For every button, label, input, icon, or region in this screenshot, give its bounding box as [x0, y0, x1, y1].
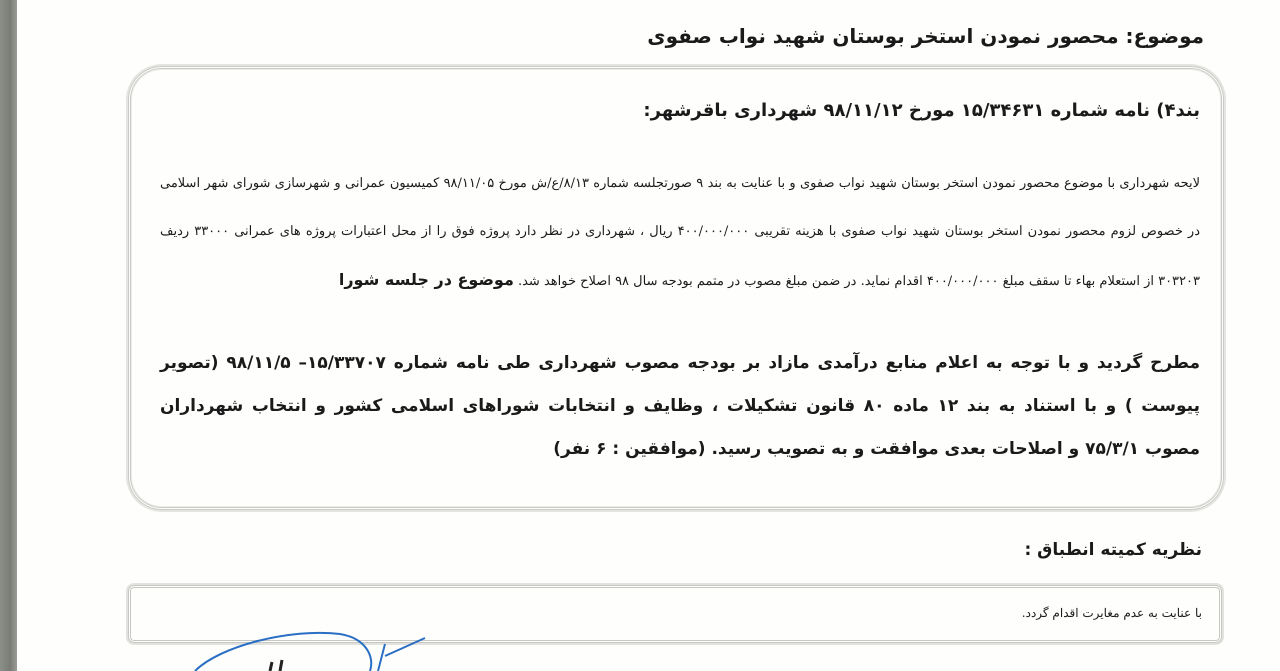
document-subject: موضوع: محصور نمودن استخر بوستان شهید نوا… [647, 24, 1204, 48]
body-line-1: لایحه شهرداری با موضوع محصور نمودن استخر… [494, 176, 1200, 191]
decision-lead: موضوع در جلسه شورا [339, 270, 514, 289]
committee-title: نظریه کمیته انطباق : [1024, 540, 1202, 560]
committee-opinion: با عنایت به عدم مغایرت اقدام گردد. [1022, 606, 1202, 620]
clause-body: لایحه شهرداری با موضوع محصور نمودن استخر… [160, 160, 1200, 306]
clause-title: بند۴) نامه شماره ۱۵/۳۴۶۳۱ مورخ ۹۸/۱۱/۱۲ … [643, 100, 1200, 121]
decision-line-1: مطرح گردید و با توجه به اعلام منابع درآم… [291, 353, 1200, 373]
council-decision: مطرح گردید و با توجه به اعلام منابع درآم… [160, 342, 1200, 471]
signature-icon [180, 626, 440, 671]
scanner-edge-strip [0, 0, 17, 671]
body-line-4: بهاء تا سقف مبلغ ۴۰۰/۰۰۰/۰۰۰ اقدام نماید… [514, 274, 1095, 289]
